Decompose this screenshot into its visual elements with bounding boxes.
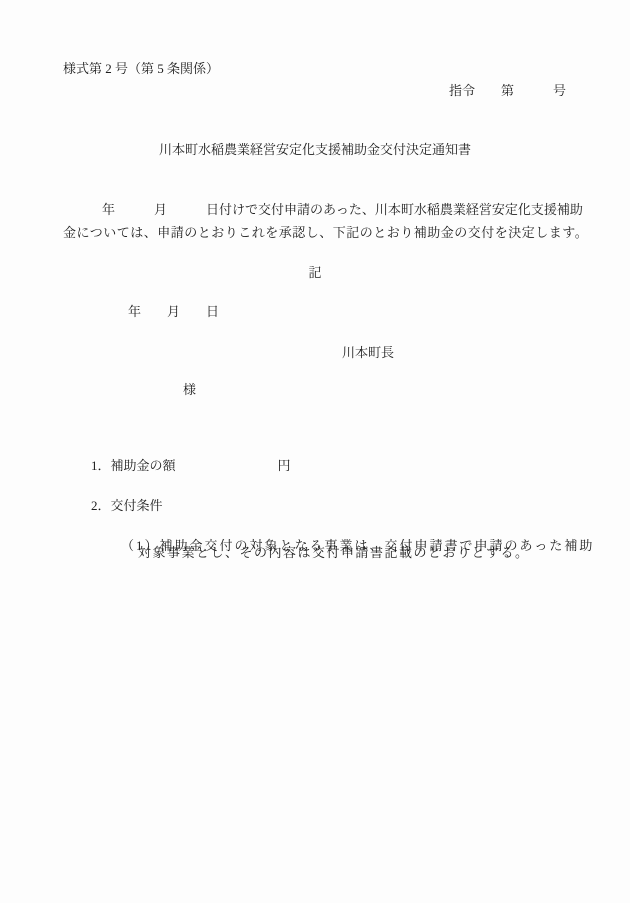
issuer-name: 川本町長 xyxy=(342,345,394,361)
ki-separator: 記 xyxy=(0,265,630,281)
directive-number-line: 指令 第 号 xyxy=(449,83,566,99)
form-number: 様式第 2 号（第 5 条関係） xyxy=(63,61,219,77)
body-paragraph-line-2: 金については、申請のとおりこれを承認し、下記のとおり補助金の交付を決定します。 xyxy=(63,225,588,241)
addressee-honorific: 様 xyxy=(183,382,196,398)
item-1-number: 1． xyxy=(91,458,111,473)
document-title: 川本町水稲農業経営安定化支援補助金交付決定通知書 xyxy=(0,142,630,158)
item-2-number: 2． xyxy=(91,498,111,513)
item-1-unit: 円 xyxy=(278,458,291,473)
item-2-label: 交付条件 xyxy=(111,498,163,513)
condition-1-text-line-2: 対象事業とし、その内容は交付申請書記載のとおりとする。 xyxy=(138,545,530,561)
document-page: 様式第 2 号（第 5 条関係） 指令 第 号 川本町水稲農業経営安定化支援補助… xyxy=(0,0,630,903)
date-line: 年 月 日 xyxy=(128,304,219,320)
body-paragraph-line-1: 年 月 日付けで交付申請のあった、川本町水稲農業経営安定化支援補助 xyxy=(63,202,583,218)
item-1-label: 補助金の額 xyxy=(111,458,176,473)
